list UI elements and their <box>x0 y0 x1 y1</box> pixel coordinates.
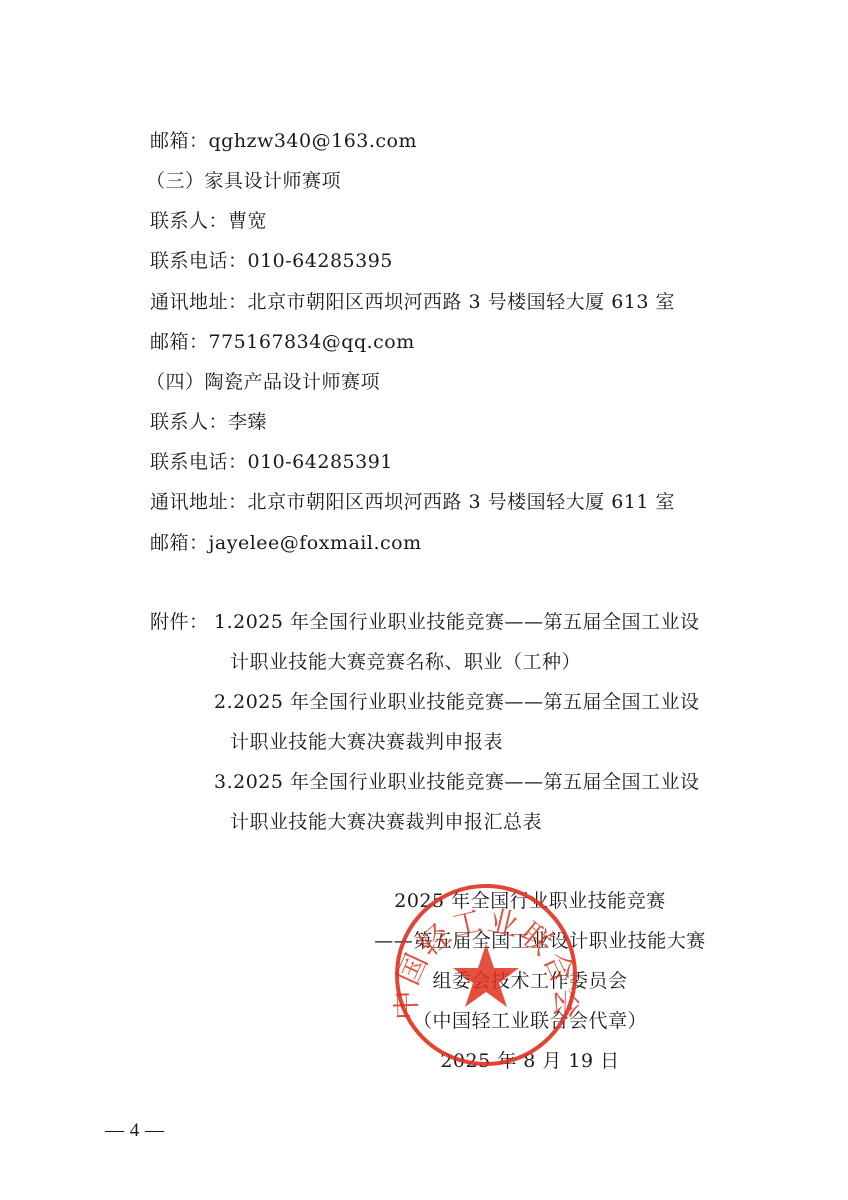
signature-date: 2025 年 8 月 19 日 <box>300 1049 760 1073</box>
svg-text:中国轻工业联合会: 中国轻工业联合会 <box>393 903 579 1020</box>
page-number: — 4 — <box>105 1119 165 1143</box>
section4-phone: 联系电话：010-64285391 <box>150 450 393 474</box>
section3-title: （三）家具设计师赛项 <box>146 169 341 193</box>
seal-text: 中国轻工业联合会 <box>393 903 579 1020</box>
attachments-label: 附件： <box>150 610 209 634</box>
section3-phone: 联系电话：010-64285395 <box>150 249 393 273</box>
section4-title: （四）陶瓷产品设计师赛项 <box>146 370 380 394</box>
attachment-2-line2: 计职业技能大赛决赛裁判申报表 <box>230 730 503 754</box>
attachment-3-line1: 3.2025 年全国行业职业技能竞赛——第五届全国工业设 <box>214 770 700 794</box>
signature-line3: 组委会技术工作委员会 <box>300 969 760 993</box>
attachment-1-line1: 1.2025 年全国行业职业技能竞赛——第五届全国工业设 <box>214 610 700 634</box>
signature-line4: （中国轻工业联合会代章） <box>300 1009 760 1033</box>
section4-address: 通讯地址：北京市朝阳区西坝河西路 3 号楼国轻大厦 611 室 <box>150 490 675 514</box>
attachment-1-line2: 计职业技能大赛竞赛名称、职业（工种） <box>230 650 581 674</box>
signature-line1: 2025 年全国行业职业技能竞赛 <box>300 889 760 913</box>
section3-email: 邮箱：775167834@qq.com <box>150 330 415 354</box>
signature-line2: ——第五届全国工业设计职业技能大赛 <box>310 929 770 953</box>
section3-address: 通讯地址：北京市朝阳区西坝河西路 3 号楼国轻大厦 613 室 <box>150 290 675 314</box>
section4-contact-person: 联系人：李臻 <box>150 410 267 434</box>
section4-email: 邮箱：jayelee@foxmail.com <box>150 531 422 555</box>
prev-email: 邮箱：qghzw340@163.com <box>150 129 417 153</box>
attachment-2-line1: 2.2025 年全国行业职业技能竞赛——第五届全国工业设 <box>214 690 700 714</box>
section3-contact-person: 联系人：曹宽 <box>150 209 267 233</box>
attachment-3-line2: 计职业技能大赛决赛裁判申报汇总表 <box>230 810 542 834</box>
